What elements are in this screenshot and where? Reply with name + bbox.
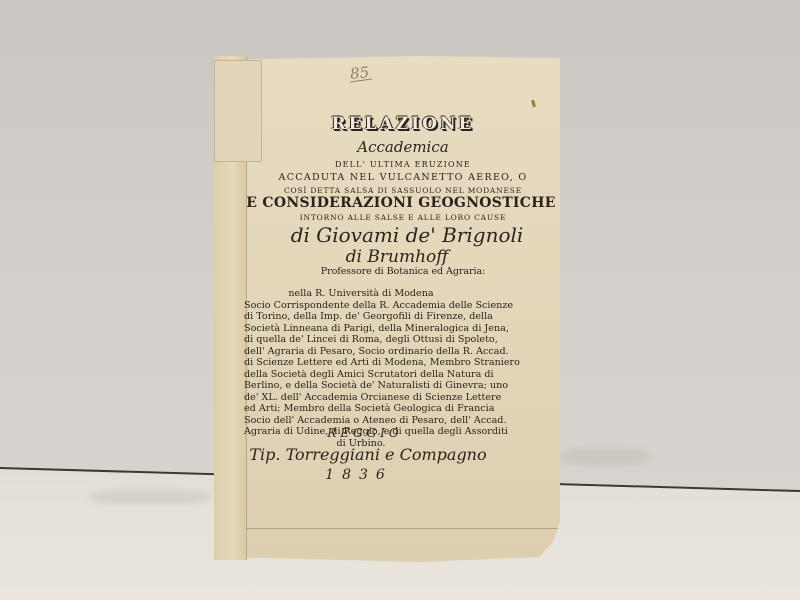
credential-line: della Società degli Amici Scrutatori del… — [244, 369, 478, 381]
credential-line: di quella de' Lincei di Roma, degli Ottu… — [244, 334, 478, 346]
title-line-5: INTORNO ALLE SALSE E ALLE LORO CAUSE — [246, 213, 560, 222]
publication-place: REGGIO — [246, 426, 484, 440]
credential-line: dell' Agraria di Pesaro, Socio ordinario… — [244, 346, 478, 358]
author-name: di Giovami de' Brignoli — [250, 223, 564, 247]
credential-line: ed Arti; Membro della Società Geologica … — [244, 403, 478, 415]
pamphlet-title: RELAZIONE — [246, 114, 560, 134]
credential-line: de' XL. dell' Accademia Orcianese di Sci… — [244, 392, 478, 404]
title-line-1: DELL' ULTIMA ERUZIONE — [246, 160, 560, 169]
floor-stain — [90, 490, 210, 504]
credential-line: Società Linneana di Parigi, della Minera… — [244, 323, 478, 335]
publication-year: 1836 — [246, 467, 472, 483]
credential-line: Berlino, e della Società de' Naturalisti… — [244, 380, 478, 392]
credential-line: Socio dell' Accademia o Ateneo di Pesaro… — [244, 415, 478, 427]
title-line-4: E CONSIDERAZIONI GEOGNOSTICHE — [236, 195, 566, 211]
credential-line: nella R. Università di Modena — [244, 288, 478, 300]
printer-name: Tip. Torreggiani e Compagno — [246, 445, 490, 464]
credential-line: di Torino, della Imp. de' Georgofili di … — [244, 311, 478, 323]
wall-stain — [560, 448, 650, 466]
pamphlet-subtitle: Accademica — [246, 138, 560, 156]
professor-line: Professore di Botanica ed Agraria: — [246, 266, 560, 278]
author-name-2: di Brumhoff — [240, 247, 554, 267]
credential-line: Socio Corrispondente della R. Accademia … — [244, 300, 478, 312]
title-line-3: COSÌ DETTA SALSA DI SASSUOLO NEL MODANES… — [246, 186, 560, 195]
title-line-2: ACCADUTA NEL VULCANETTO AEREO, O — [246, 172, 560, 183]
bottom-fold-edge — [246, 528, 558, 532]
credentials-block: nella R. Università di Modena Socio Corr… — [244, 288, 478, 449]
credential-line: di Scienze Lettere ed Arti di Modena, Me… — [244, 357, 478, 369]
